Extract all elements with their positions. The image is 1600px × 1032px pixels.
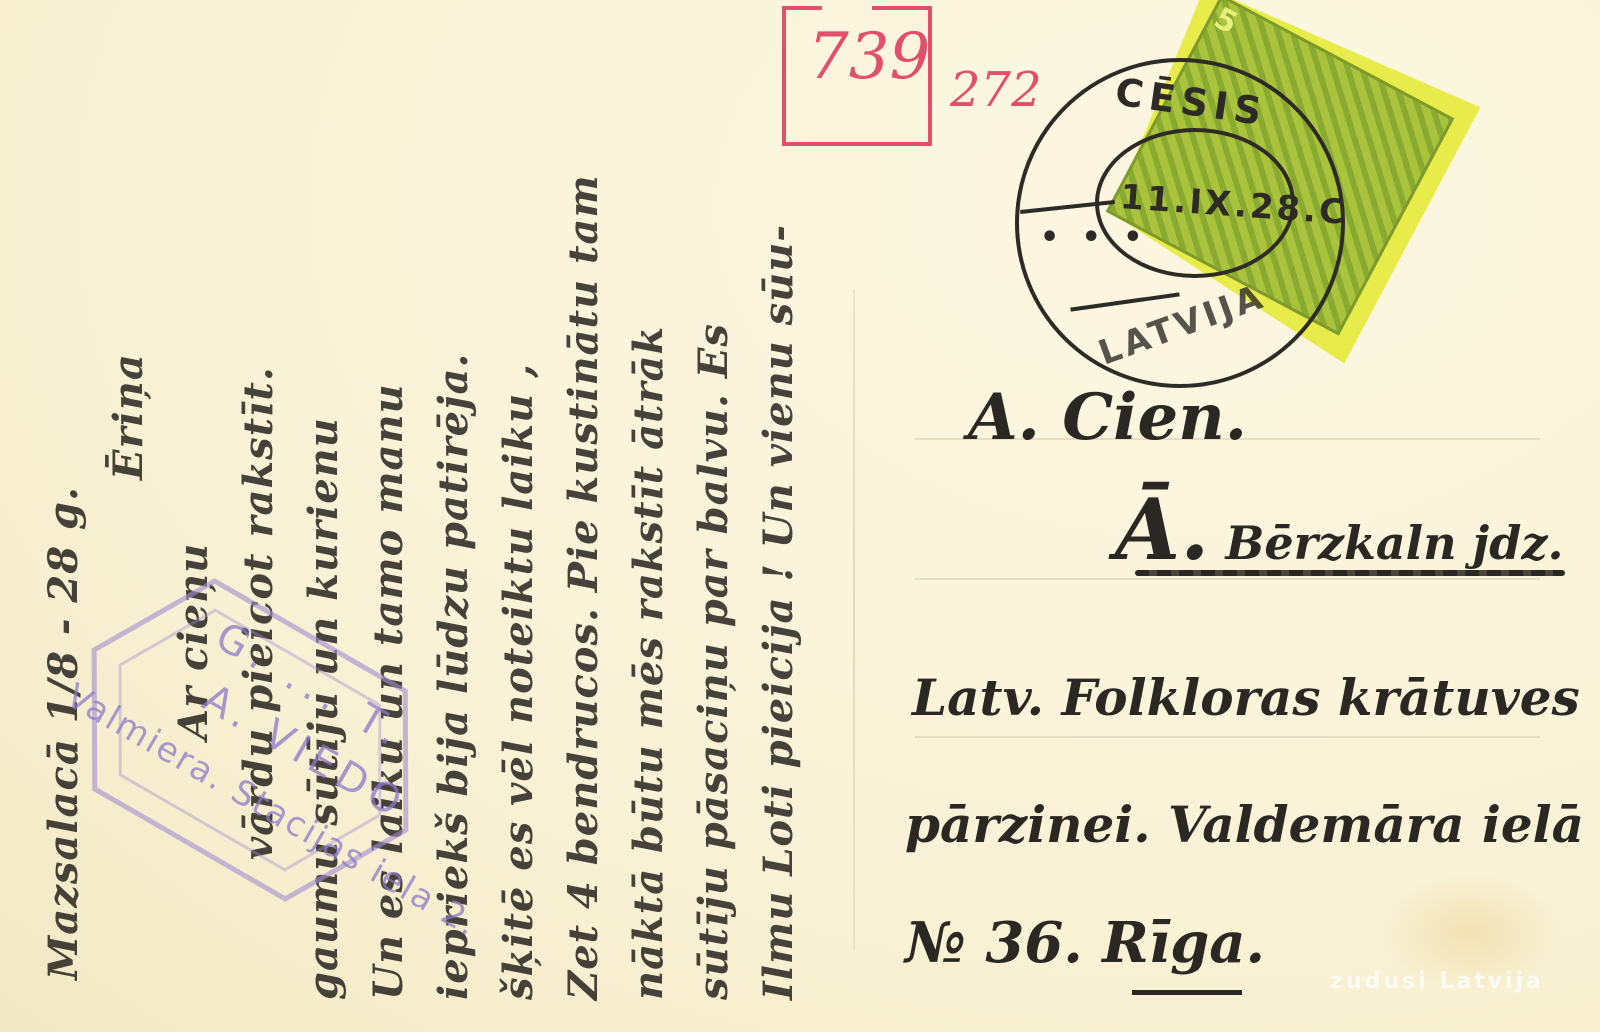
red-boxed-number: 739 <box>808 20 930 94</box>
recipient-initial: Ā. <box>1115 480 1209 579</box>
address-salutation: A. Cien. <box>968 380 1247 455</box>
address-line-3: № 36. Rīga. <box>905 910 1265 976</box>
message-line: nāktā būtu mēs rakstīt ātrāk <box>625 326 672 1000</box>
recipient-name: Bērzkaln jdz. <box>1225 516 1563 570</box>
message-line: Zet 4 bendrucos. Pie kustinātu tam <box>560 174 607 1000</box>
city-underline <box>1132 990 1242 995</box>
watermark: zudusi Latvija <box>1330 969 1544 994</box>
address-line-2: pārzinei. Valdemāra ielā <box>905 795 1584 854</box>
center-divider <box>853 290 855 950</box>
postcard-back: Ilmu Loti pieicija ! Un vienu sūu- sūtīj… <box>0 0 1600 1032</box>
message-line: sūtīju pāsaciņu par balvu. Es <box>690 323 737 1000</box>
postmark-dots: • • • <box>1040 220 1148 255</box>
message-line: šķitē es vēl noteiktu laiku , <box>495 363 542 1000</box>
message-line: Ilmu Loti pieicija ! Un vienu sūu- <box>755 224 802 1000</box>
message-signature: Ēriņa <box>105 353 152 480</box>
recipient-underline <box>1135 570 1565 576</box>
red-number: 272 <box>950 62 1042 118</box>
address-line-1: Latv. Folkloras krātuves <box>912 668 1580 727</box>
address-recipient: Ā. Bērzkaln jdz. <box>1115 480 1564 579</box>
address-rule <box>915 736 1540 738</box>
